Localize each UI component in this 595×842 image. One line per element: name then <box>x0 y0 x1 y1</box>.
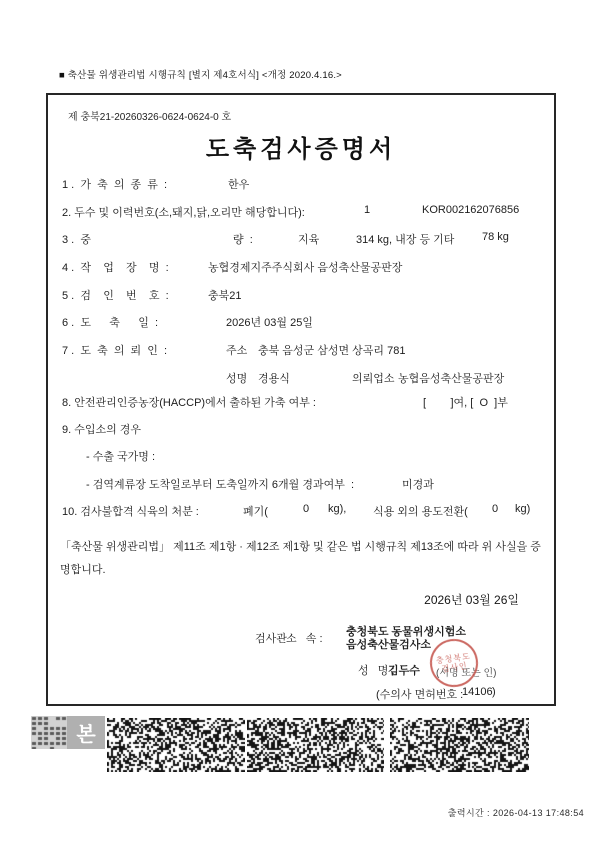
affil-line2: 음성축산물검사소 <box>346 639 431 652</box>
discard-unit: kg), <box>328 503 346 515</box>
inspector-role-label: 검사관 <box>255 630 287 646</box>
form-regulation-note: ■ 축산물 위생관리법 시행규칙 [별지 제4호서식] <개정 2020.4.1… <box>59 67 342 81</box>
carcass-weight-value: 314 kg, 내장 등 기타 <box>356 231 454 247</box>
license-label: (수의사 면허번호 : <box>376 686 463 702</box>
2d-barcode-3 <box>390 718 529 772</box>
requester-name-label: 성명 <box>226 370 247 386</box>
inspector-affil-label: 소 속 : <box>286 630 323 646</box>
requester-shop-value: 농협음성축산물공판장 <box>398 370 504 386</box>
species-label: 1 . 가 축 의 종 류 : <box>62 176 167 192</box>
license-close-paren: ) <box>492 686 496 698</box>
head-count-value: 1 <box>364 204 370 216</box>
inspector-name-value: 김두수 <box>388 662 420 678</box>
requester-label: 7 . 도 축 의 뢰 인 : <box>62 342 167 358</box>
print-timestamp: 출력시간 : 2026-04-13 17:48:54 <box>448 806 584 819</box>
haccp-label: 8. 안전관리인증농장(HACCP)에서 출하된 가축 여부 : <box>62 394 316 410</box>
requester-shop-label: 의뢰업소 <box>352 370 395 386</box>
row-head-trace: 2. 두수 및 이력번호(소,돼지,닭,오리만 해당합니다): 1 KOR002… <box>48 204 554 220</box>
microtext-pattern <box>31 716 67 749</box>
seal-number-value: 충북21 <box>208 287 242 303</box>
row-workplace: 4 . 작 업 장 명 : 농협경제지주주식회사 음성축산물공판장 <box>48 259 554 275</box>
quarantine-value: 미경과 <box>402 476 434 492</box>
row-haccp: 8. 안전관리인증농장(HACCP)에서 출하된 가축 여부 : [ ]여, [… <box>48 394 554 410</box>
issue-date: 2026년 03월 26일 <box>424 591 519 608</box>
row-export-country: - 수출 국가명 : <box>48 448 554 464</box>
convert-label: 식용 외의 용도전환( <box>373 503 468 519</box>
row-seal-number: 5 . 검 인 번 호 : 충북21 <box>48 287 554 303</box>
convert-unit: kg) <box>515 503 530 515</box>
row-weight: 3 . 중 량 : 지육 314 kg, 내장 등 기타 78 kg <box>48 231 554 247</box>
row-requester-address: 7 . 도 축 의 뢰 인 : 주소 충북 음성군 삼성면 상곡리 781 <box>48 342 554 358</box>
weight-label: 3 . 중 <box>62 231 91 247</box>
row-imported: 9. 수입소의 경우 <box>48 421 554 437</box>
row-license: (수의사 면허번호 : 14106 ) <box>48 686 554 702</box>
haccp-checkbox-value: [ ]여, [ O ]부 <box>423 394 508 410</box>
weight-label2: 량 : <box>233 231 253 247</box>
2d-barcode-2 <box>247 718 384 772</box>
row-inspector-affiliation: 검사관 소 속 : 충청북도 동물위생시험소음성축산물검사소 <box>48 630 554 646</box>
trace-number-value: KOR002162076856 <box>422 204 519 216</box>
affil-line1: 충청북도 동물위생시험소 <box>346 626 466 639</box>
row-species: 1 . 가 축 의 종 류 : 한우 <box>48 176 554 192</box>
requester-addr-label: 주소 <box>226 342 247 358</box>
row-disposal: 10. 검사불합격 식육의 처분 : 폐기( 0 kg), 식용 외의 용도전환… <box>48 503 554 519</box>
copy-protection-watermark: 본 <box>31 716 105 749</box>
export-country-label: - 수출 국가명 : <box>86 448 155 464</box>
workplace-label: 4 . 작 업 장 명 : <box>62 259 169 275</box>
row-requester-name: 성명 경용식 의뢰업소 농협음성축산물공판장 <box>48 370 554 386</box>
requester-name-value: 경용식 <box>258 370 290 386</box>
workplace-value: 농협경제지주주식회사 음성축산물공판장 <box>208 259 402 275</box>
requester-addr-value: 충북 음성군 삼성면 상곡리 781 <box>258 342 405 358</box>
seal-number-label: 5 . 검 인 번 호 : <box>62 287 169 303</box>
slaughter-date-label: 6 . 도 축 일 : <box>62 314 158 330</box>
original-watermark-char: 본 <box>67 716 105 749</box>
license-number: 14106 <box>462 686 493 698</box>
discard-label: 폐기( <box>243 503 268 519</box>
convert-value: 0 <box>492 503 498 515</box>
head-trace-label: 2. 두수 및 이력번호(소,돼지,닭,오리만 해당합니다): <box>62 204 305 220</box>
etc-weight-value: 78 kg <box>482 231 509 243</box>
species-value: 한우 <box>228 176 249 192</box>
document-number: 제 충북21-20260326-0624-0624-0 호 <box>68 108 231 123</box>
disposal-label: 10. 검사불합격 식육의 처분 : <box>62 503 199 519</box>
certificate-frame: 제 충북21-20260326-0624-0624-0 호 도축검사증명서 1 … <box>46 93 556 706</box>
quarantine-label: - 검역계류장 도착일로부터 도축일까지 6개월 경과여부 : <box>86 476 354 492</box>
row-slaughter-date: 6 . 도 축 일 : 2026년 03월 25일 <box>48 314 554 330</box>
slaughter-date-value: 2026년 03월 25일 <box>226 314 313 330</box>
discard-value: 0 <box>303 503 309 515</box>
2d-barcode-1 <box>107 718 245 772</box>
row-quarantine: - 검역계류장 도착일로부터 도축일까지 6개월 경과여부 : 미경과 <box>48 476 554 492</box>
carcass-label: 지육 <box>298 231 319 247</box>
imported-label: 9. 수입소의 경우 <box>62 421 141 437</box>
certificate-title: 도축검사증명서 <box>48 129 554 164</box>
legal-statement: 「축산물 위생관리법」 제11조 제1항 · 제12조 제1항 및 같은 법 시… <box>60 536 546 582</box>
